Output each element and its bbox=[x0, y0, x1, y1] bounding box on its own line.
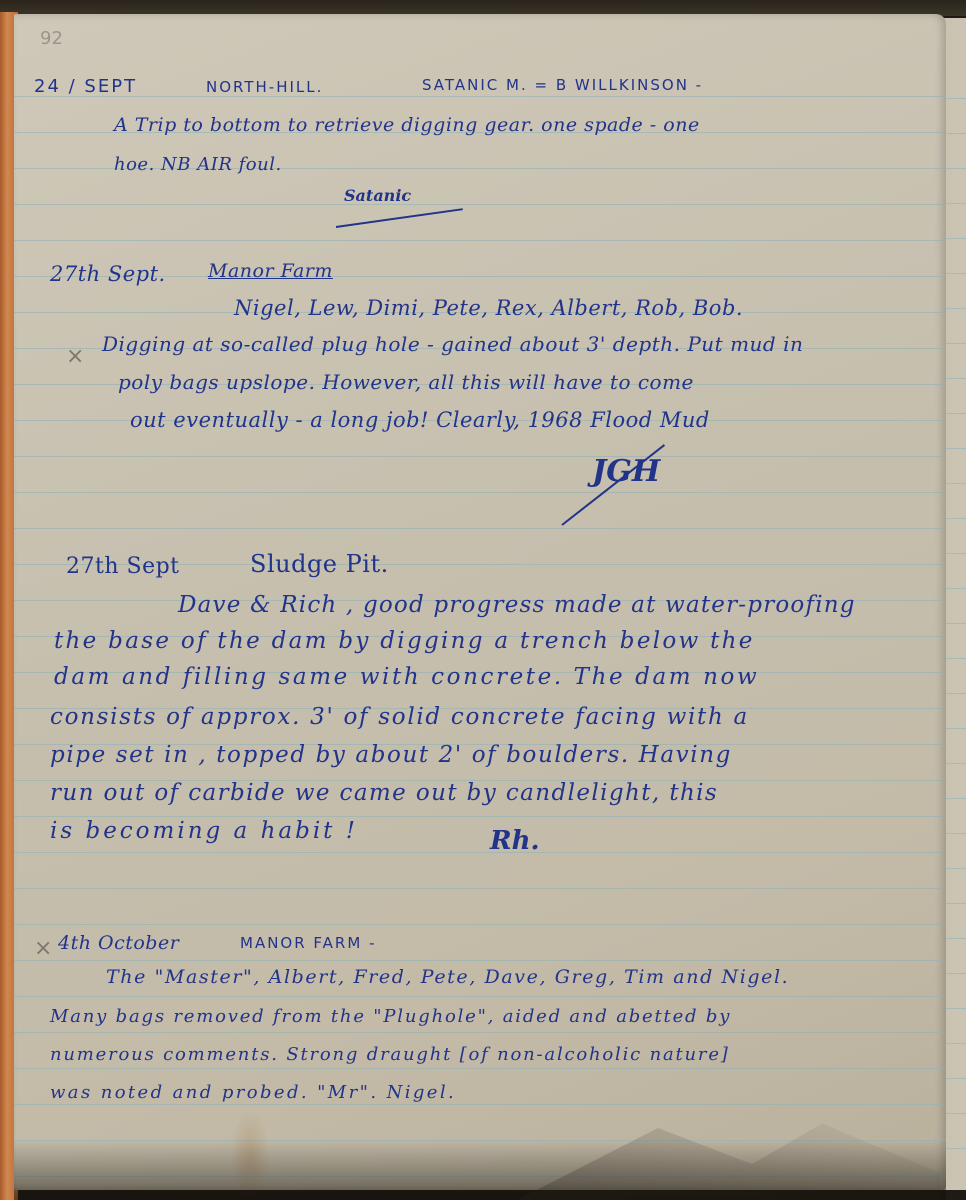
entry-date: 27th Sept bbox=[66, 554, 180, 579]
entry-line: The "Master", Albert, Fred, Pete, Dave, … bbox=[106, 966, 789, 988]
entry-line: Many bags removed from the "Plughole", a… bbox=[50, 1006, 731, 1027]
entry-date: 4th October bbox=[58, 932, 179, 954]
entry-line: out eventually - a long job! Clearly, 19… bbox=[130, 408, 710, 432]
page-number: 92 bbox=[40, 28, 63, 49]
entry-line: run out of carbide we came out by candle… bbox=[50, 780, 718, 806]
entry-line: is becoming a habit ! bbox=[50, 818, 358, 844]
entry-line: hoe. NB AIR foul. bbox=[114, 154, 282, 175]
entry-line: pipe set in , topped by about 2' of boul… bbox=[50, 742, 732, 768]
entry-party: Nigel, Lew, Dimi, Pete, Rex, Albert, Rob… bbox=[234, 296, 743, 320]
entry-signature: Rh. bbox=[490, 826, 540, 856]
entry-location: Manor Farm bbox=[208, 260, 333, 282]
page-bottom-shade bbox=[14, 1140, 946, 1200]
entry-date: 24 / SEPT bbox=[34, 76, 137, 97]
entry-line: Digging at so-called plug hole - gained … bbox=[102, 332, 803, 356]
entry-line: A Trip to bottom to retrieve digging gea… bbox=[114, 114, 700, 136]
entry-signature: Satanic bbox=[344, 186, 411, 205]
entry-party: SATANIC M. = B WILLKINSON - bbox=[422, 76, 703, 94]
entry-line: the base of the dam by digging a trench … bbox=[54, 628, 755, 654]
margin-cross-mark: × bbox=[34, 936, 52, 961]
signature-underline bbox=[336, 208, 463, 228]
entry-line: numerous comments. Strong draught [of no… bbox=[50, 1044, 730, 1065]
entry-location: NORTH-HILL. bbox=[206, 78, 323, 96]
entry-line: consists of approx. 3' of solid concrete… bbox=[50, 704, 749, 730]
entry-location: MANOR FARM - bbox=[240, 934, 376, 952]
entry-signature: JGH bbox=[592, 454, 660, 489]
entry-line: Dave & Rich , good progress made at wate… bbox=[178, 592, 856, 618]
entry-line: poly bags upslope. However, all this wil… bbox=[118, 370, 694, 394]
entry-location: Sludge Pit. bbox=[250, 550, 389, 578]
entry-date: 27th Sept. bbox=[50, 262, 166, 286]
entry-line: was noted and probed. "Mr". Nigel. bbox=[50, 1082, 456, 1103]
margin-cross-mark: × bbox=[66, 344, 84, 369]
entry-line: dam and filling same with concrete. The … bbox=[54, 664, 759, 690]
logbook-page: 92 24 / SEPT NORTH-HILL. SATANIC M. = B … bbox=[14, 14, 946, 1190]
